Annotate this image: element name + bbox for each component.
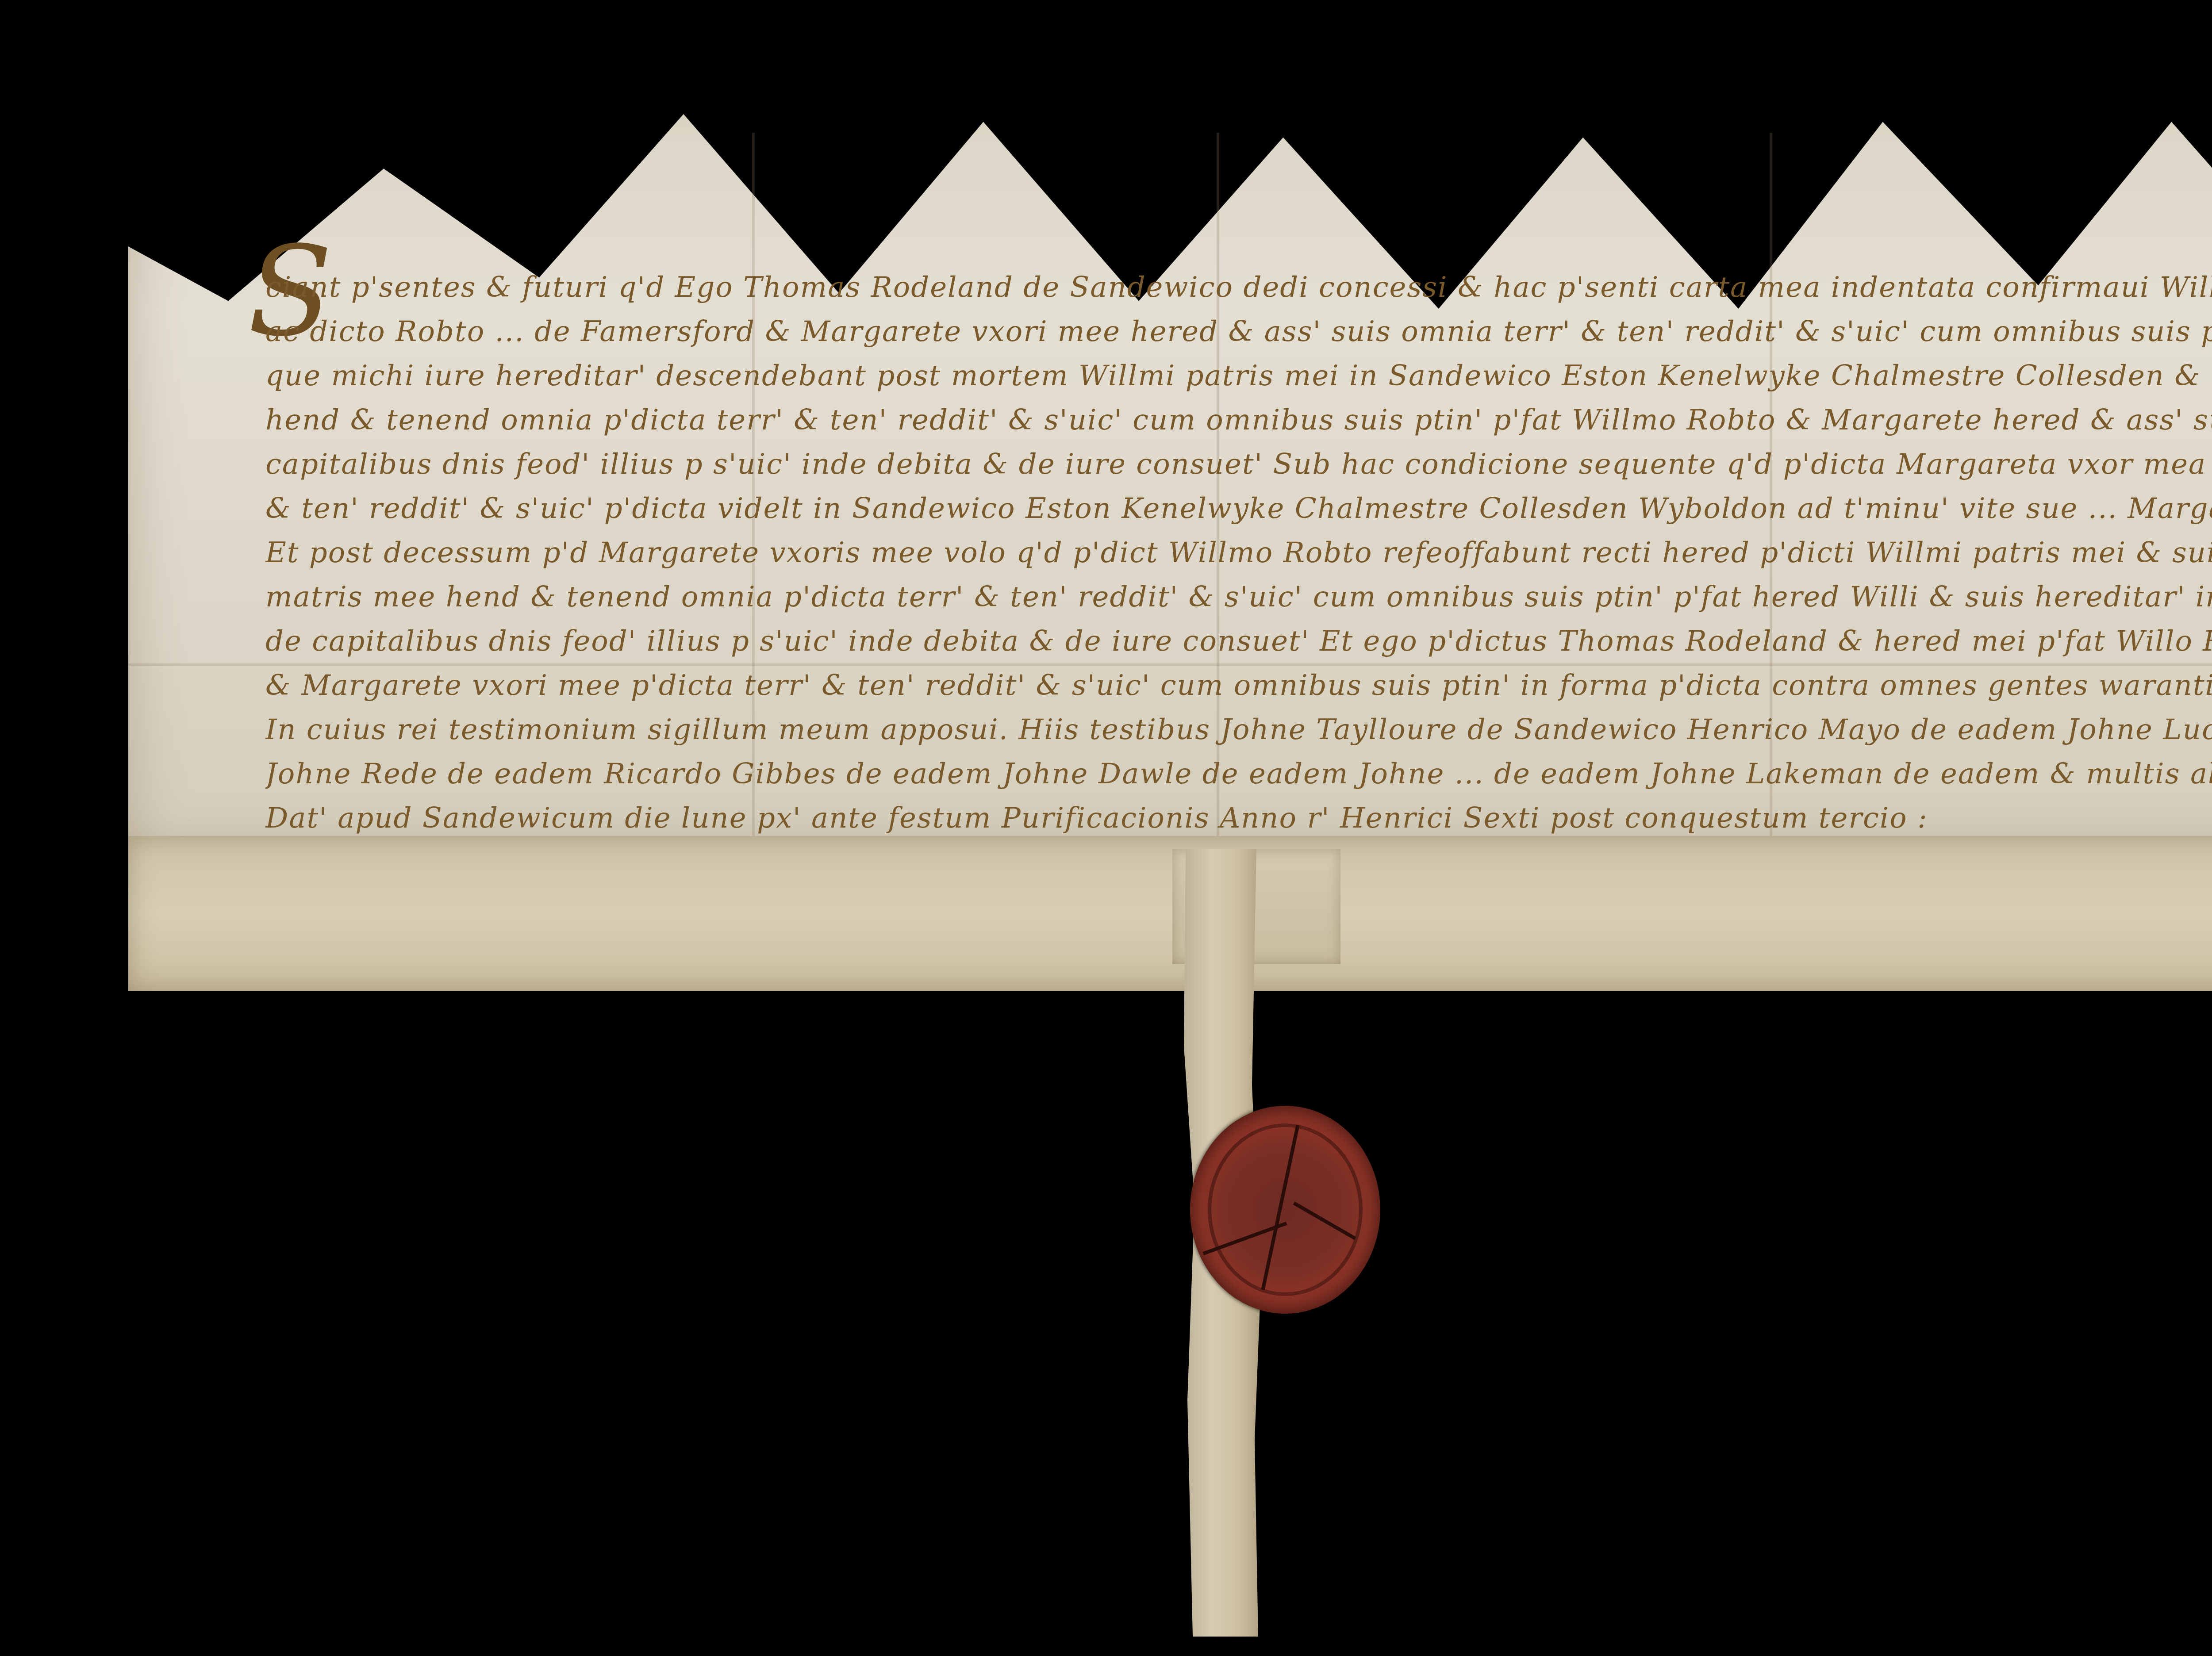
- text-line: que michi iure hereditar' descendebant p…: [265, 354, 2212, 398]
- text-line: & ten' reddit' & s'uic' p'dicta videlt i…: [265, 487, 2212, 531]
- text-line: matris mee hend & tenend omnia p'dicta t…: [265, 575, 2212, 619]
- wax-seal: [1190, 1106, 1380, 1314]
- text-line: Et post decessum p'd Margarete vxoris me…: [265, 531, 2212, 575]
- charter-text: ciant p'sentes & futuri q'd Ego Thomas R…: [265, 265, 2212, 840]
- text-line: ac dicto Robto ... de Famersford & Marga…: [265, 310, 2212, 354]
- text-line: Dat' apud Sandewicum die lune px' ante f…: [265, 796, 2212, 840]
- text-line: de capitalibus dnis feod' illius p s'uic…: [265, 619, 2212, 663]
- seal-rim: [1208, 1123, 1363, 1296]
- text-line: capitalibus dnis feod' illius p s'uic' i…: [265, 442, 2212, 487]
- text-line: Johne Rede de eadem Ricardo Gibbes de ea…: [265, 752, 2212, 796]
- text-line: In cuius rei testimonium sigillum meum a…: [265, 708, 2212, 752]
- text-line: hend & tenend omnia p'dicta terr' & ten'…: [265, 398, 2212, 442]
- text-line: & Margarete vxori mee p'dicta terr' & te…: [265, 663, 2212, 708]
- text-line: ciant p'sentes & futuri q'd Ego Thomas R…: [265, 265, 2212, 310]
- turned-up-fold: [128, 836, 2212, 991]
